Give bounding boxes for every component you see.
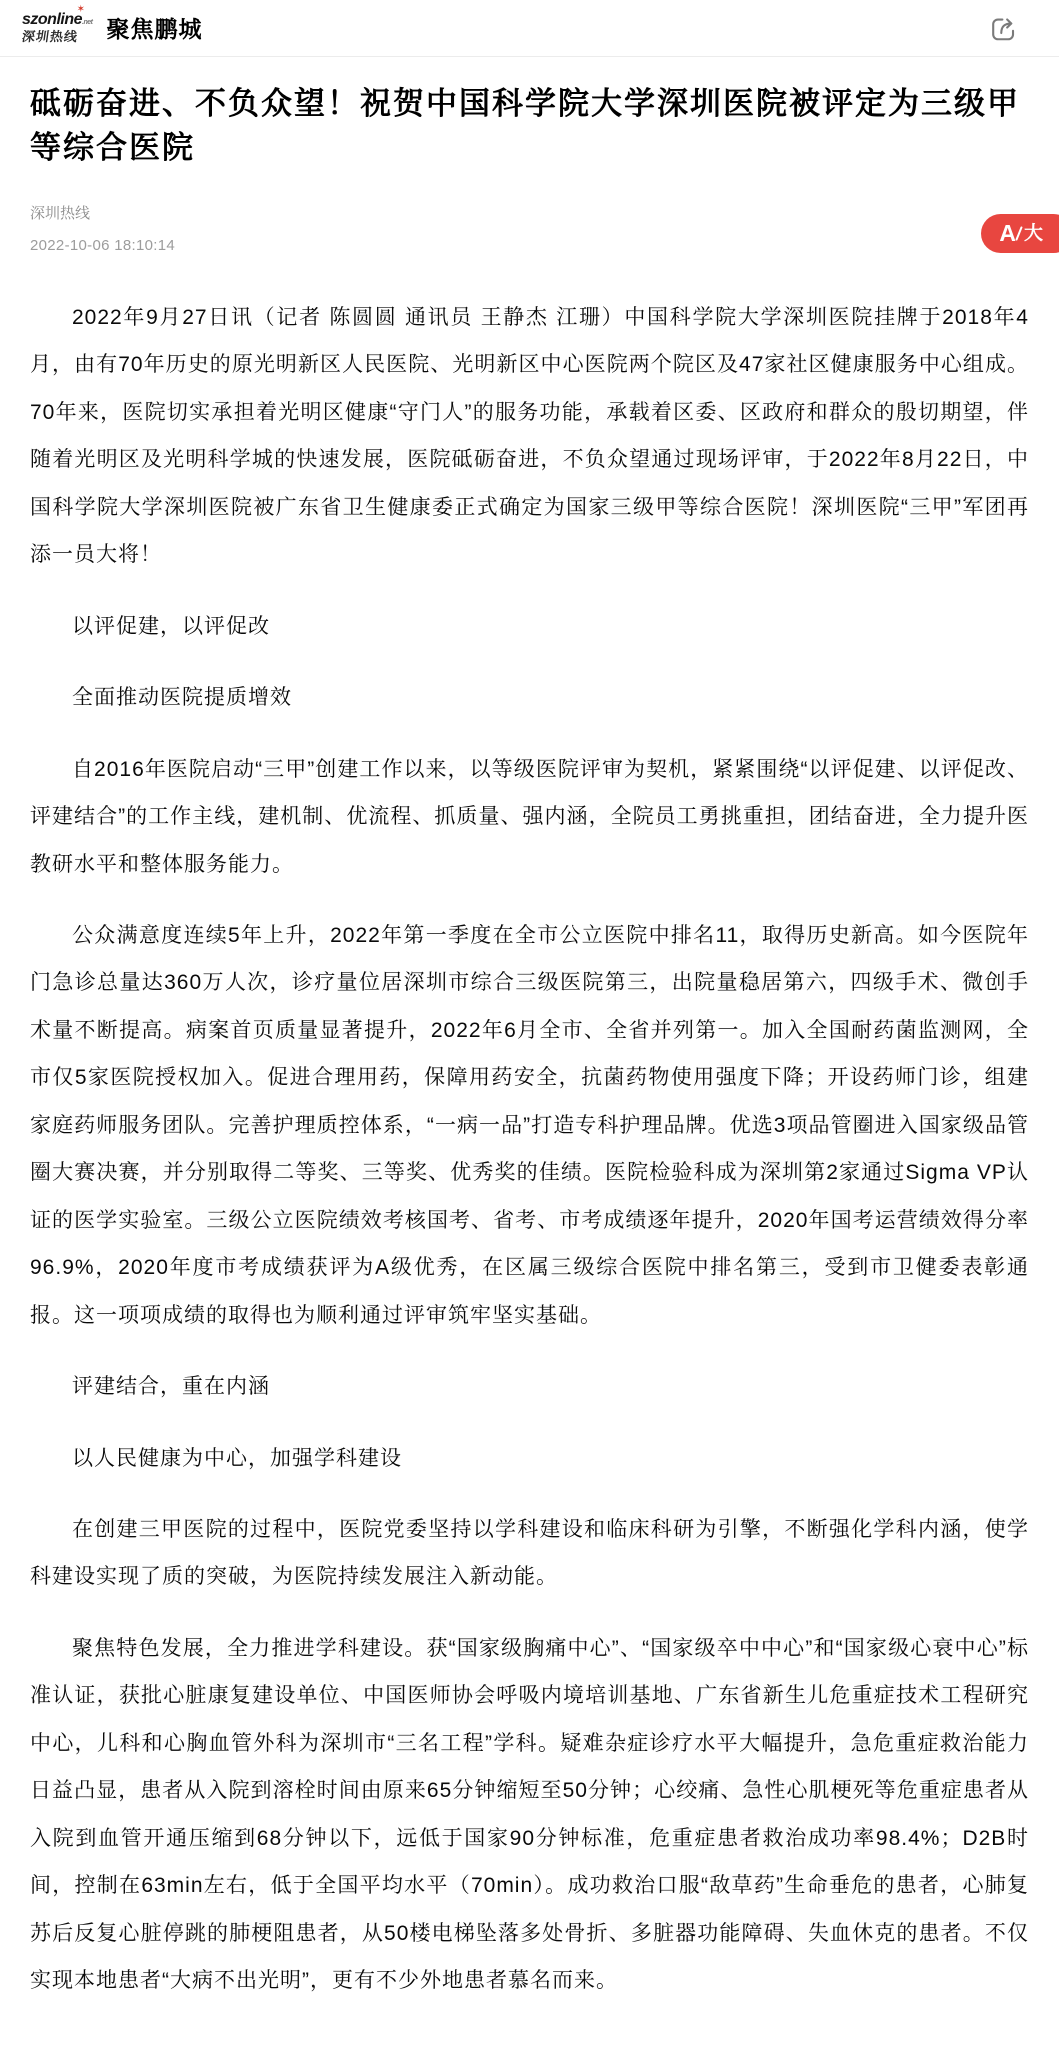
- logo-star-icon: ✶: [77, 5, 85, 15]
- article-paragraph: 聚焦特色发展，全力推进学科建设。获“国家级胸痛中心”、“国家级卒中中心”和“国家…: [30, 1625, 1029, 2005]
- article-paragraph: 自2016年医院启动“三甲”创建工作以来，以等级医院评审为契机，紧紧围绕“以评促…: [30, 746, 1029, 888]
- share-icon: [988, 14, 1019, 45]
- article-paragraph: 全面推动医院提质增效: [30, 674, 1029, 721]
- article-paragraph: 2022年9月27日讯（记者 陈圆圆 通讯员 王静杰 江珊）中国科学院大学深圳医…: [30, 294, 1029, 579]
- szonline-logo[interactable]: ✶szonline.net 深圳热线: [22, 12, 92, 43]
- article-paragraph: 评建结合，重在内涵: [30, 1363, 1029, 1410]
- logo-tld-text: .net: [82, 19, 92, 26]
- article-title: 砥砺奋进、不负众望！祝贺中国科学院大学深圳医院被评定为三级甲等综合医院: [30, 82, 1029, 170]
- article-paragraph: 以评促建，以评促改: [30, 603, 1029, 650]
- article-paragraph: 公众满意度连续5年上升，2022年第一季度在全市公立医院中排名11，取得历史新高…: [30, 912, 1029, 1339]
- section-title: 聚焦鹏城: [106, 11, 202, 44]
- logo-wordmark: ✶szonline.net: [22, 12, 92, 28]
- article-source: 深圳热线: [30, 202, 1029, 223]
- logo-subtitle: 深圳热线: [21, 30, 93, 43]
- page-header: ✶szonline.net 深圳热线 聚焦鹏城: [0, 0, 1059, 57]
- article-timestamp: 2022-10-06 18:10:14: [30, 237, 1029, 254]
- share-button[interactable]: [988, 14, 1019, 45]
- logo-brand-text: szonline: [22, 11, 82, 28]
- article-meta: 深圳热线 2022-10-06 18:10:14 A 大: [30, 202, 1029, 254]
- font-size-button[interactable]: A 大: [981, 214, 1059, 253]
- article-paragraph: 在创建三甲医院的过程中，医院党委坚持以学科建设和临床科研为引擎，不断强化学科内涵…: [30, 1506, 1029, 1601]
- font-size-label: 大: [1024, 224, 1043, 243]
- article: 砥砺奋进、不负众望！祝贺中国科学院大学深圳医院被评定为三级甲等综合医院 深圳热线…: [0, 82, 1059, 2069]
- font-size-slash-icon: [1015, 226, 1022, 241]
- article-paragraph: 以人民健康为中心，加强学科建设: [30, 1435, 1029, 1482]
- article-body: 2022年9月27日讯（记者 陈圆圆 通讯员 王静杰 江珊）中国科学院大学深圳医…: [30, 294, 1029, 2069]
- font-size-letter: A: [999, 222, 1016, 245]
